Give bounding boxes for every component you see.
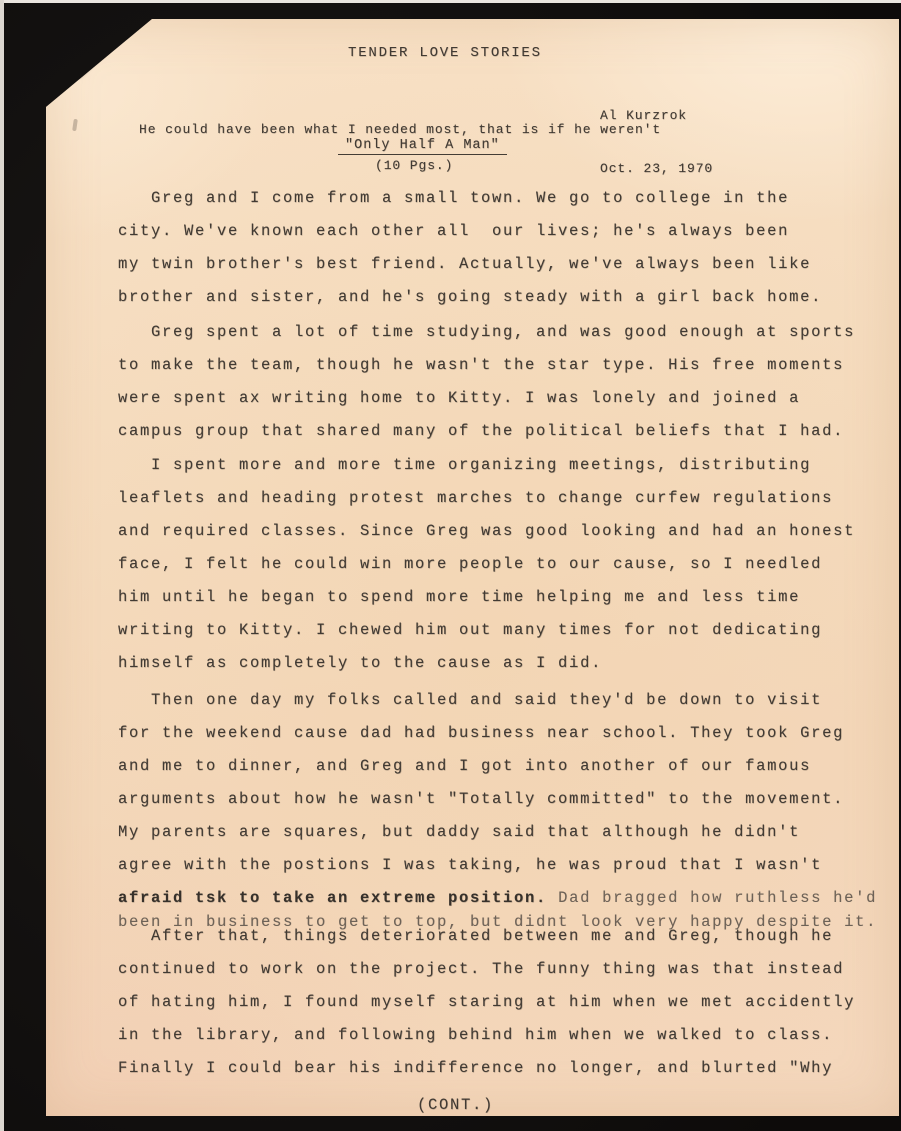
text-line: I spent more and more time organizing me… (118, 449, 855, 482)
text-line: Greg spent a lot of time studying, and w… (118, 316, 855, 349)
page-count: (10 Pgs.) (375, 158, 453, 173)
text-line: After that, things deteriorated between … (118, 920, 855, 953)
text-line: brother and sister, and he's going stead… (118, 281, 822, 314)
story-title: "Only Half A Man" (338, 138, 507, 155)
text-line: agree with the postions I was taking, he… (118, 849, 877, 882)
text-line: himself as completely to the cause as I … (118, 647, 855, 680)
text-line: in the library, and following behind him… (118, 1019, 855, 1052)
text-line: Greg and I come from a small town. We go… (118, 182, 822, 215)
series-title: TENDER LOVE STORIES (348, 45, 542, 61)
text-line: writing to Kitty. I chewed him out many … (118, 614, 855, 647)
text-line: to make the team, though he wasn't the s… (118, 349, 855, 382)
paragraph-3: I spent more and more time organizing me… (118, 449, 855, 680)
text-line: city. We've known each other all our liv… (118, 215, 822, 248)
text-line: face, I felt he could win more people to… (118, 548, 855, 581)
scan-edge-top (0, 0, 901, 3)
text-line: him until he began to spend more time he… (118, 581, 855, 614)
paragraph-4: Then one day my folks called and said th… (118, 684, 877, 915)
scan-edge-left (0, 0, 4, 1131)
text-line: continued to work on the project. The fu… (118, 953, 855, 986)
paragraph-2: Greg spent a lot of time studying, and w… (118, 316, 855, 448)
tagline: He could have been what I needed most, t… (139, 122, 661, 137)
text-line: My parents are squares, but daddy said t… (118, 816, 877, 849)
pencil-slash-mark (75, 47, 109, 78)
manuscript-page: TENDER LOVE STORIES Al Kurzrok Oct. 23, … (46, 19, 899, 1116)
paragraph-5: After that, things deteriorated between … (118, 920, 855, 1085)
continuation-marker: (CONT.) (417, 1089, 494, 1122)
text-line: and required classes. Since Greg was goo… (118, 515, 855, 548)
typed-text-segment: afraid tsk to take an extreme position. (118, 889, 558, 907)
text-line: and me to dinner, and Greg and I got int… (118, 750, 877, 783)
text-line: Finally I could bear his indifference no… (118, 1052, 855, 1085)
text-line: were spent ax writing home to Kitty. I w… (118, 382, 855, 415)
manuscript-date: Oct. 23, 1970 (600, 160, 713, 178)
added-text-segment: Dad bragged how ruthless he'd (558, 889, 877, 907)
text-line: leaflets and heading protest marches to … (118, 482, 855, 515)
text-line: arguments about how he wasn't "Totally c… (118, 783, 877, 816)
pencil-smudge (72, 119, 78, 131)
text-line: my twin brother's best friend. Actually,… (118, 248, 822, 281)
text-line: of hating him, I found myself staring at… (118, 986, 855, 1019)
scan-background: TENDER LOVE STORIES Al Kurzrok Oct. 23, … (0, 0, 901, 1131)
text-line-mixed: afraid tsk to take an extreme position. … (118, 882, 877, 915)
paragraph-1: Greg and I come from a small town. We go… (118, 182, 822, 314)
text-line: for the weekend cause dad had business n… (118, 717, 877, 750)
text-line: Then one day my folks called and said th… (118, 684, 877, 717)
text-line: campus group that shared many of the pol… (118, 415, 855, 448)
